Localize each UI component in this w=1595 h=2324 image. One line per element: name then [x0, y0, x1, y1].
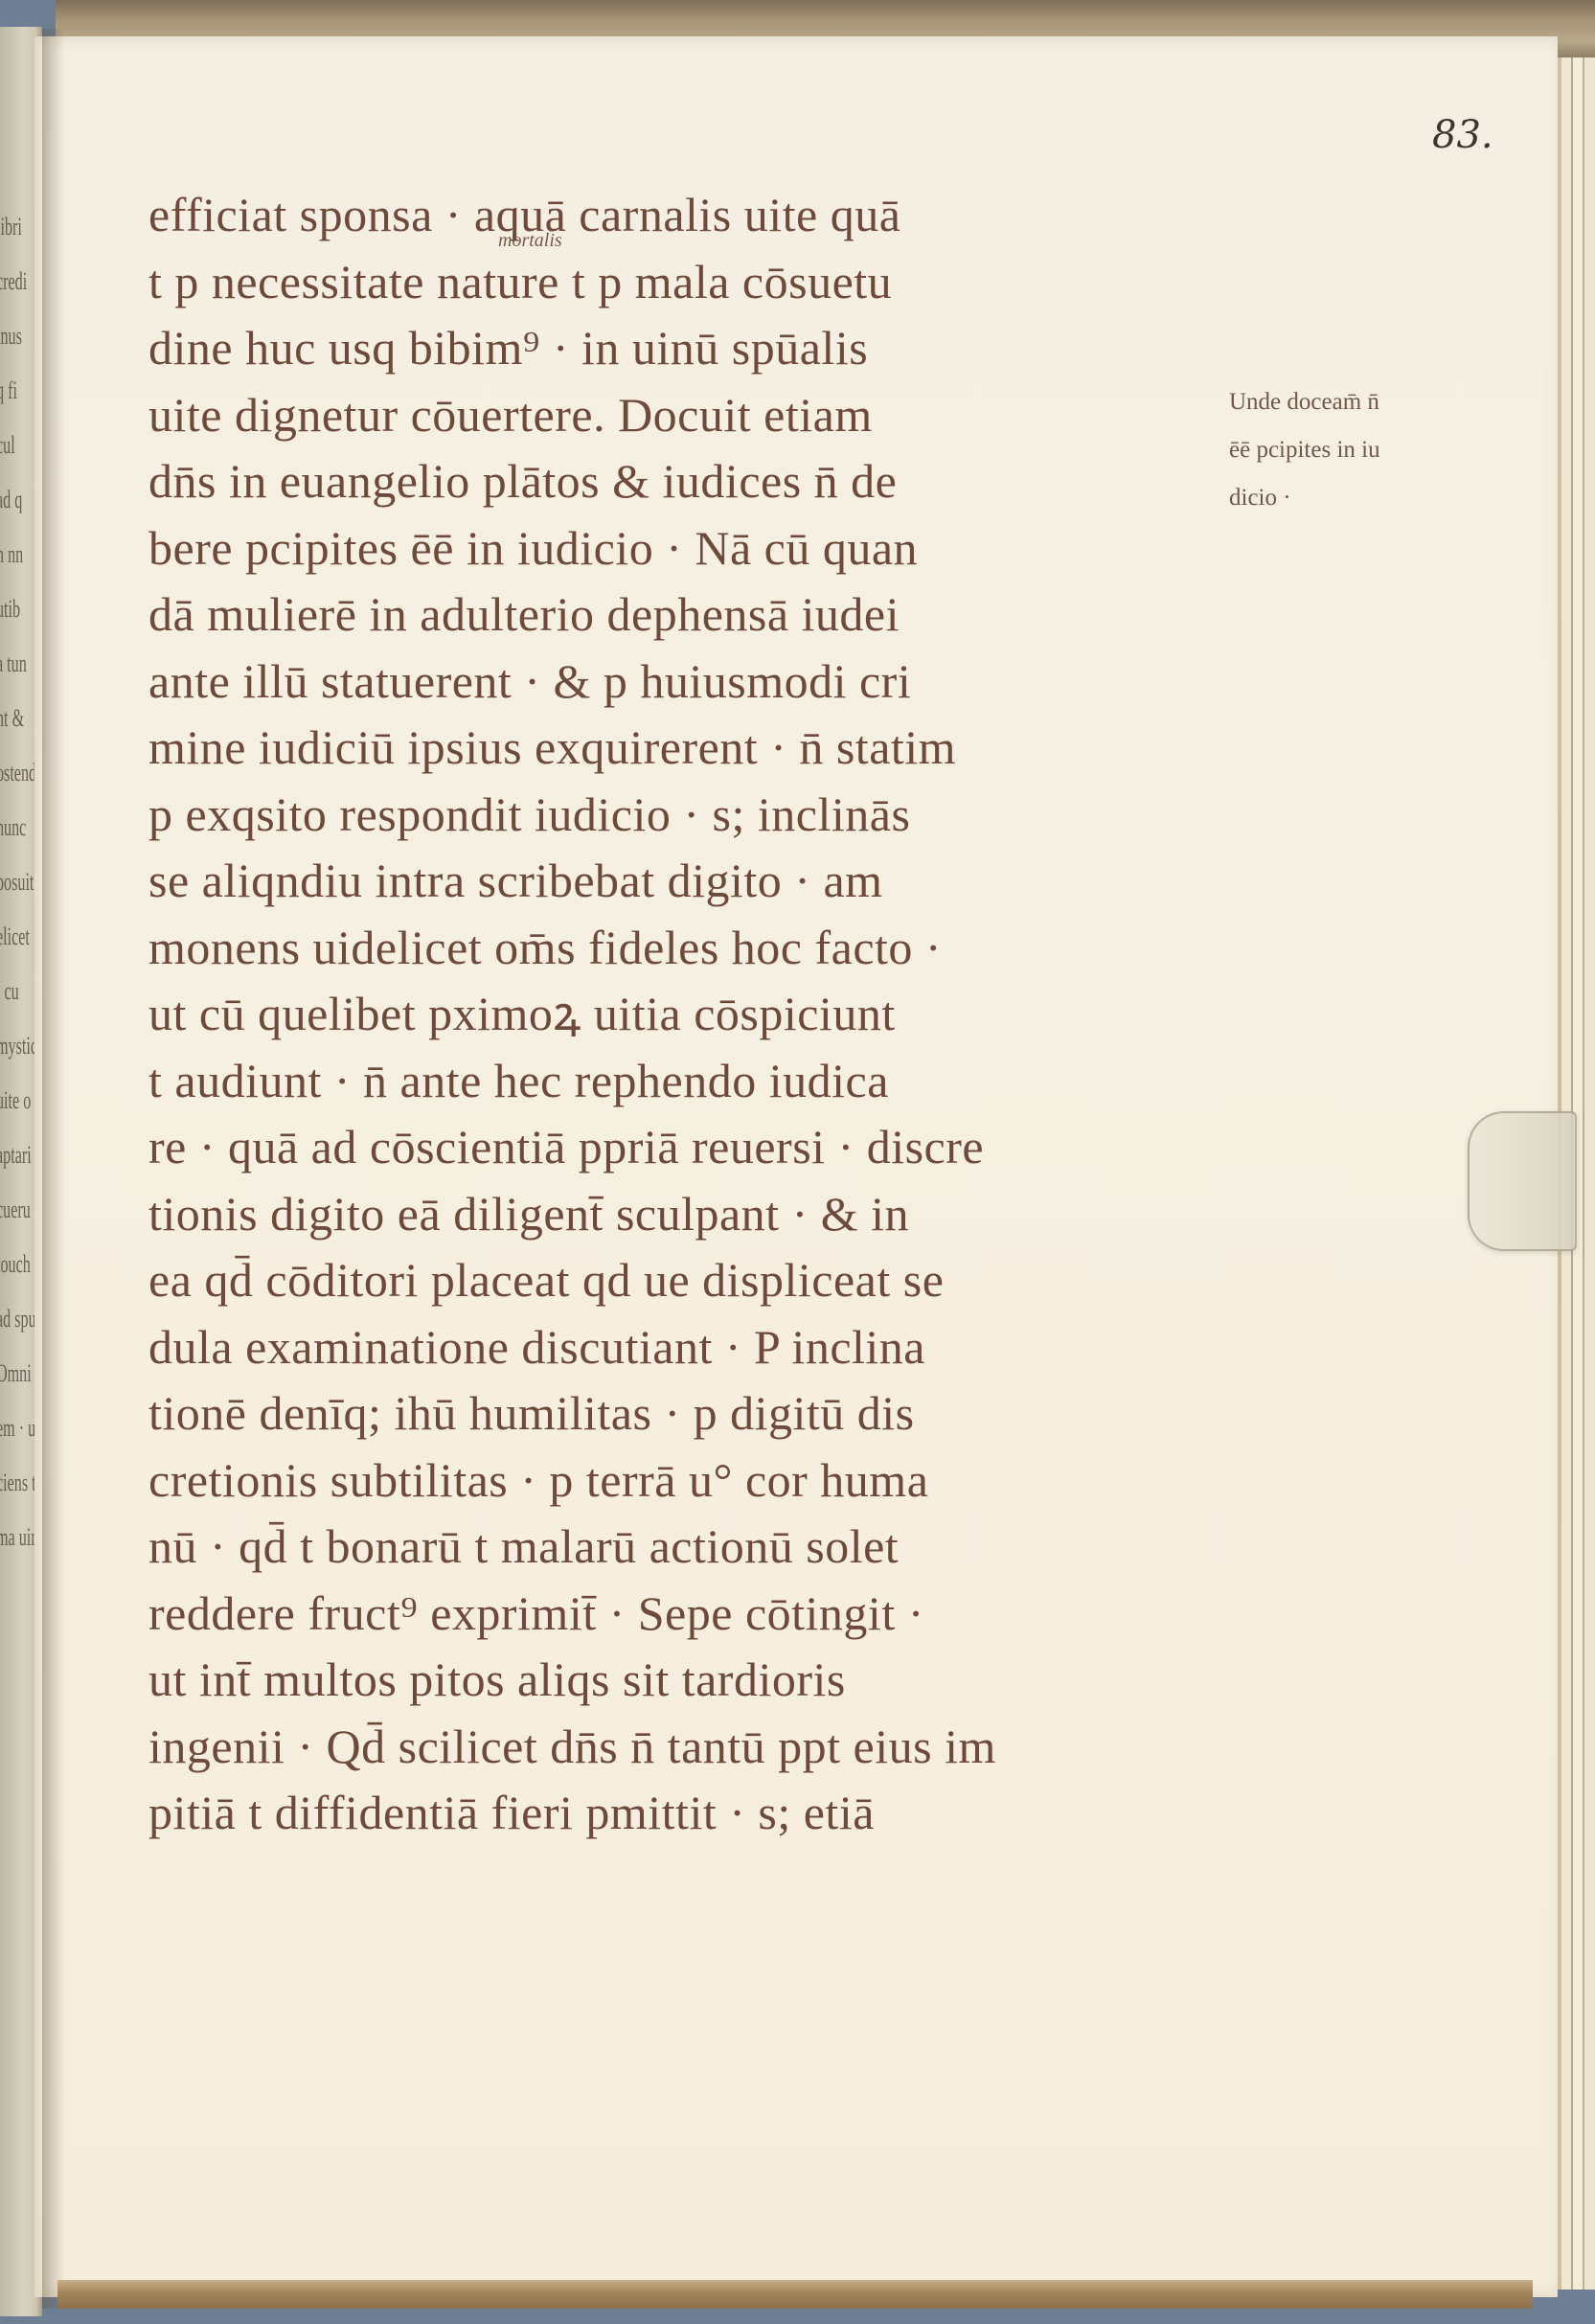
text-line: reddere fruct⁹ exprimit̄ · Sepe cōtingit… [148, 1581, 1231, 1648]
gutter-shadow [42, 29, 65, 2309]
text-line: dine huc usq bibim⁹ · in uinū spūalis [148, 315, 1231, 382]
text-line: ante illū statuerent · & p huiusmodi cri [148, 649, 1231, 716]
text-line: p exqsito respondit iudicio · s; inclinā… [148, 782, 1231, 849]
text-line: cretionis subtilitas · p terrā u° cor hu… [148, 1447, 1231, 1515]
main-text-block: efficiat sponsa · aquā carnalis uite quā… [148, 182, 1231, 1847]
text-line: mine iudiciū ipsius exquirerent · n̄ sta… [148, 715, 1231, 782]
text-line: t p necessitate nature t p mala cōsuetu [148, 249, 1231, 316]
text-line: dā mulierē in adulterio dephensā iudei [148, 581, 1231, 649]
text-line: re · quā ad cōscientiā ppriā reuersi · d… [148, 1114, 1231, 1181]
text-line: nū · qd̄ t bonarū t malarū actionū solet [148, 1514, 1231, 1581]
text-line: t audiunt · n̄ ante hec rephendo iudica [148, 1048, 1231, 1115]
text-line: ea qd̄ cōditori placeat qd ue displiceat… [148, 1247, 1231, 1314]
text-line: ingenii · Qd̄ scilicet dn̄s n̄ tantū ppt… [148, 1714, 1231, 1781]
text-line: efficiat sponsa · aquā carnalis uite quā [148, 182, 1231, 249]
text-line: pitiā t diffidentiā fieri pmittit · s; e… [148, 1780, 1231, 1847]
book-bottom-edge [57, 2280, 1533, 2309]
text-line: uite dignetur cōuertere. Docuit etiam [148, 382, 1231, 449]
marginal-gloss: Unde doceam̄ n̄ ēē pcipites in iu dicio … [1229, 378, 1516, 522]
text-line: dn̄s in euangelio plātos & iudices n̄ de [148, 448, 1231, 515]
text-line: monens uidelicet om̄s fideles hoc facto … [148, 915, 1231, 982]
text-line: tionē denīq; ihū humilitas · p digitū di… [148, 1380, 1231, 1447]
gloss-line: dicio · [1229, 474, 1516, 522]
text-line: dula examinatione discutiant · P inclina [148, 1314, 1231, 1381]
text-line: ut cū quelibet pximoꝝ uitia cōspiciunt [148, 981, 1231, 1048]
folio-number: 83. [1432, 113, 1493, 157]
gloss-line: ēē pcipites in iu [1229, 426, 1516, 474]
text-line: ut int̄ multos pitos aliqs sit tardioris [148, 1647, 1231, 1714]
page-holder-clip [1468, 1111, 1577, 1251]
text-line: se aliqndiu intra scribebat digito · am [148, 848, 1231, 915]
text-line: tionis digito eā diligent̄ sculpant · & … [148, 1181, 1231, 1248]
text-line: bere pcipites ēē in iudicio · Nā cū quan [148, 515, 1231, 582]
gloss-line: Unde doceam̄ n̄ [1229, 378, 1516, 426]
